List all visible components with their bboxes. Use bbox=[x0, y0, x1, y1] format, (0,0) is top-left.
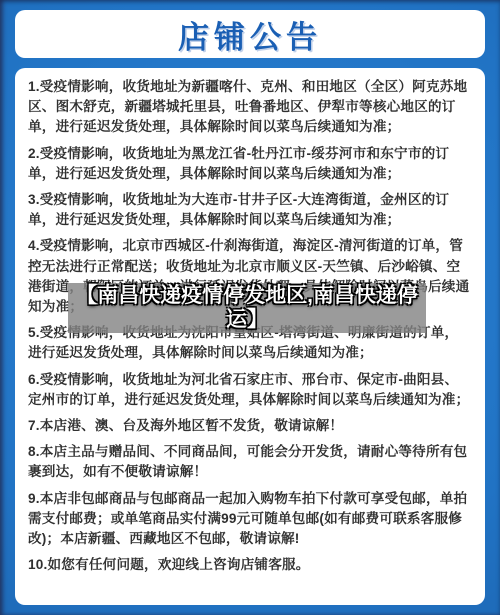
announcement-header: 店铺公告 bbox=[15, 10, 485, 58]
announcement-body: 1.受疫情影响，收货地址为新疆喀什、克州、和田地区（全区）阿克苏地区、图木舒克，… bbox=[15, 68, 485, 605]
notice-item-2: 2.受疫情影响，收货地址为黑龙江省-牡丹江市-绥芬河市和东宁市的订单，进行延迟发… bbox=[28, 144, 472, 184]
notice-item-3: 3.受疫情影响，收货地址为大连市-甘井子区-大连湾街道，金州区的订单，进行延迟发… bbox=[28, 190, 472, 230]
notice-item-10: 10.如您有任何问题，欢迎线上咨询店铺客服。 bbox=[28, 555, 472, 575]
store-announcement-page: 店铺公告 1.受疫情影响，收货地址为新疆喀什、克州、和田地区（全区）阿克苏地区、… bbox=[0, 0, 500, 615]
page-title: 店铺公告 bbox=[178, 12, 322, 57]
notice-item-1: 1.受疫情影响，收货地址为新疆喀什、克州、和田地区（全区）阿克苏地区、图木舒克，… bbox=[28, 77, 472, 138]
notice-item-7: 7.本店港、澳、台及海外地区暂不发货，敬请谅解！ bbox=[28, 416, 472, 436]
watermark-text: 【南昌快递疫情停发地区,南昌快递停运】 bbox=[68, 284, 426, 332]
notice-item-8: 8.本店主品与赠品间、不同商品间，可能会分开发货，请耐心等待所有包裹到达，如有不… bbox=[28, 442, 472, 482]
notice-item-9: 9.本店非包邮商品与包邮商品一起加入购物车拍下付款可享受包邮，单拍需支付邮费；或… bbox=[28, 489, 472, 550]
watermark-overlay: 【南昌快递疫情停发地区,南昌快递停运】 bbox=[68, 283, 426, 333]
notice-item-6: 6.受疫情影响，收货地址为河北省石家庄市、邢台市、保定市-曲阳县、定州市的订单，… bbox=[28, 370, 472, 410]
